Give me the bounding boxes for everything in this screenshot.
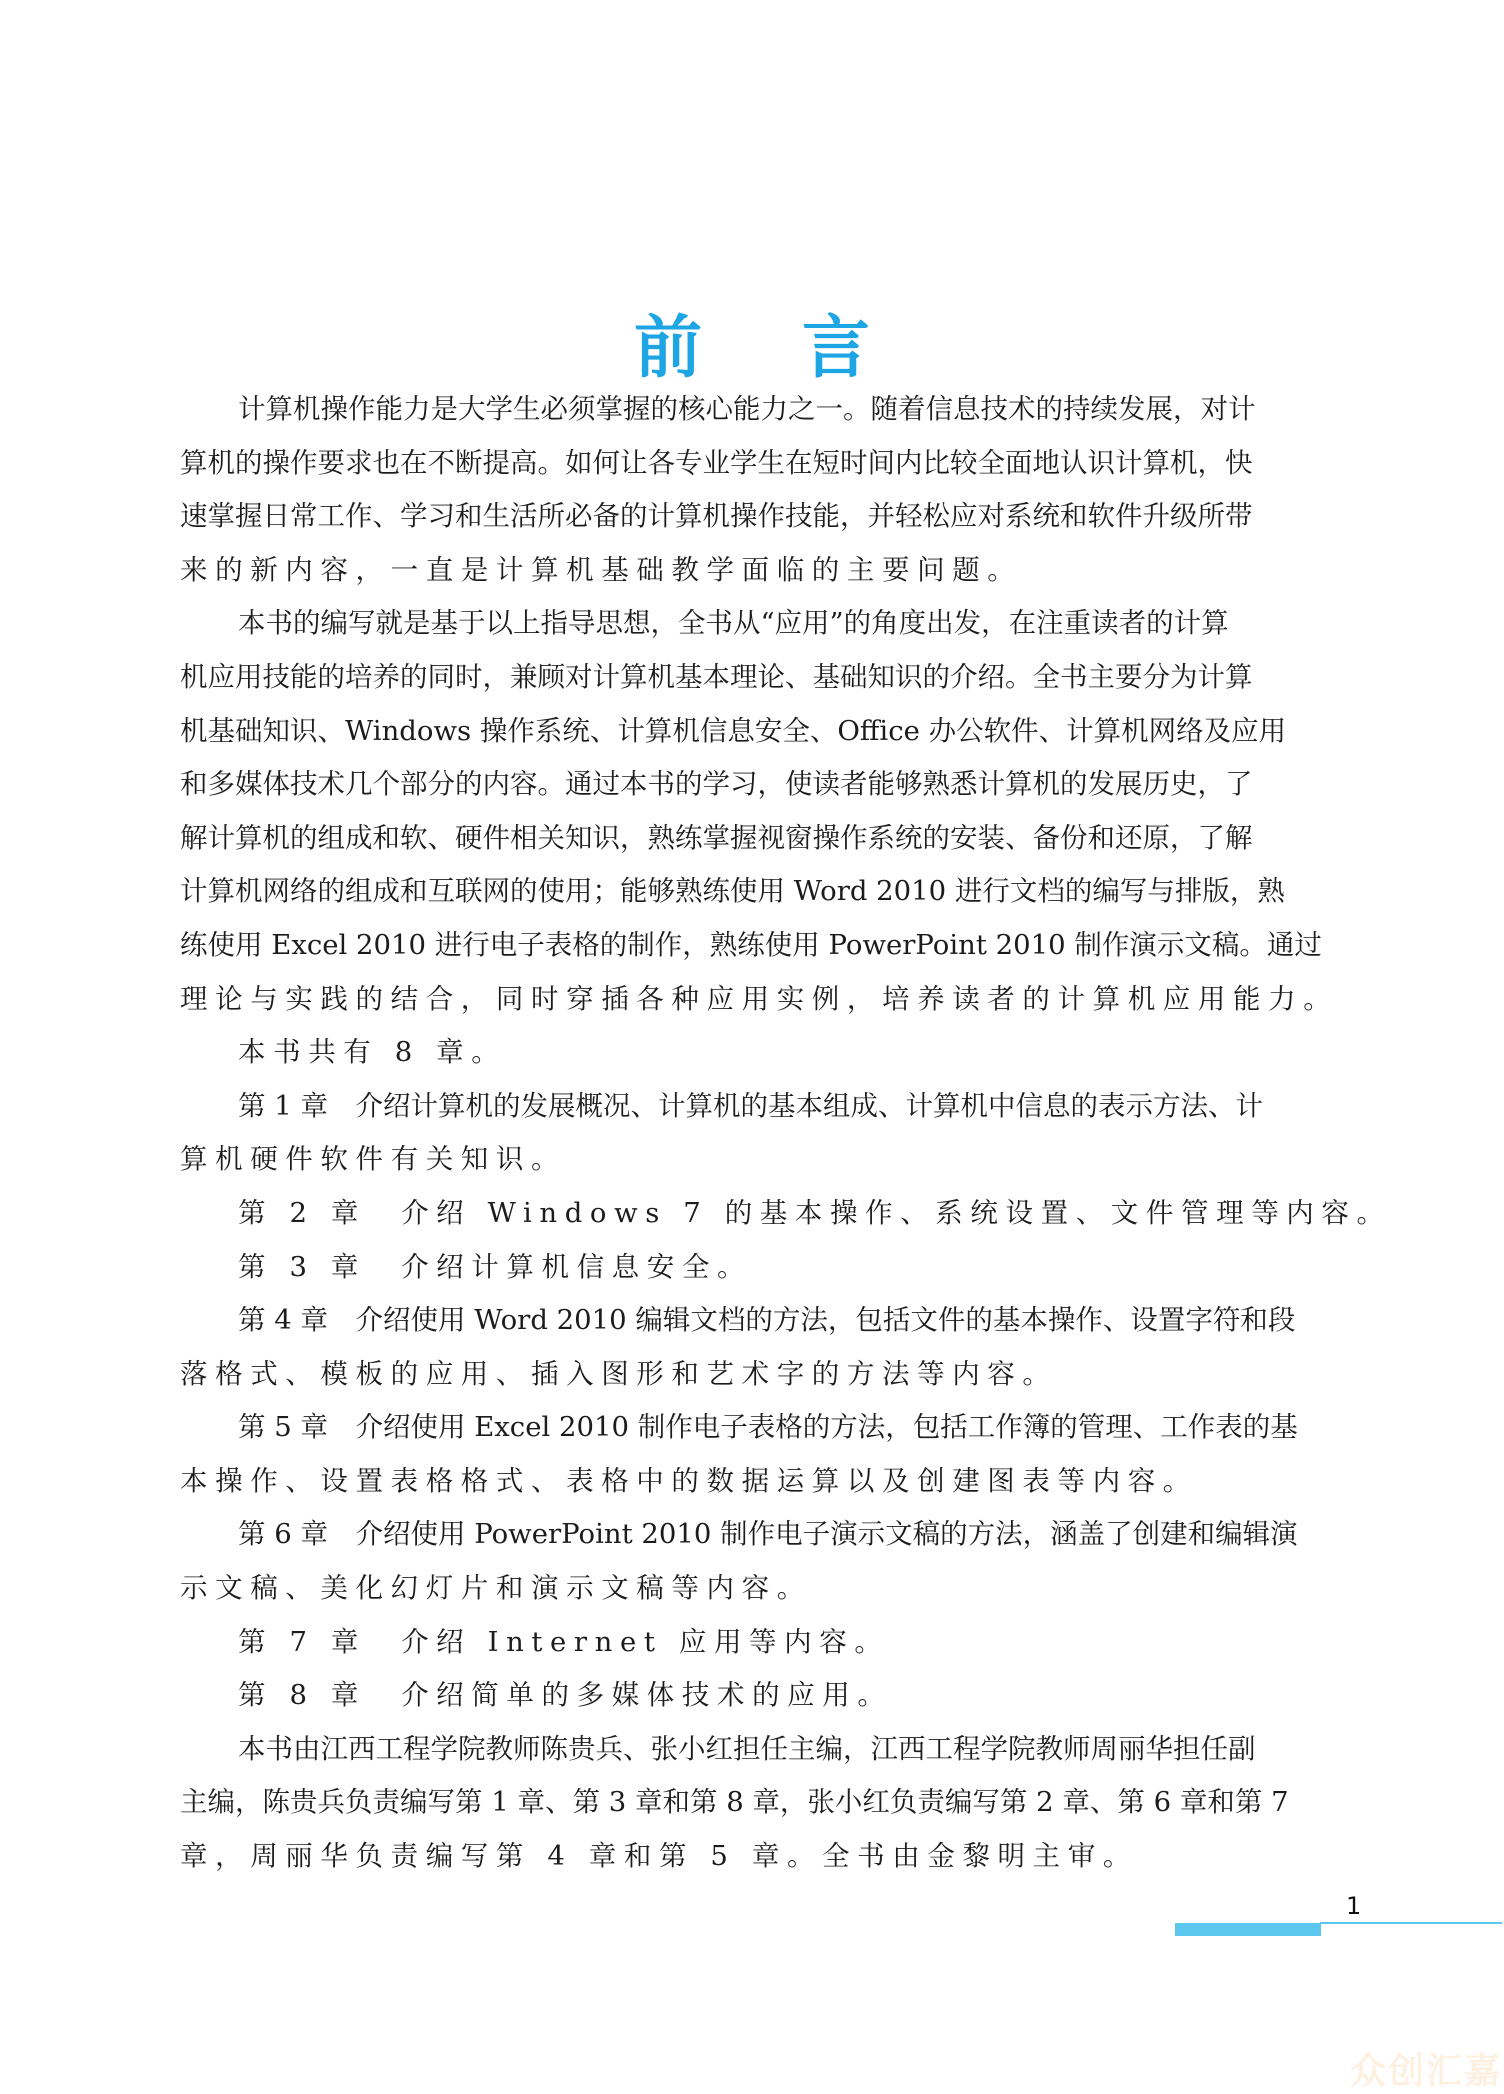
text-line: 第 5 章 介绍使用 Excel 2010 制作电子表格的方法，包括工作簿的管理… xyxy=(180,1401,1322,1455)
text-line: 第 8 章 介绍简单的多媒体技术的应用。 xyxy=(180,1669,1322,1723)
paragraph-chapter-8: 第 8 章 介绍简单的多媒体技术的应用。 xyxy=(180,1669,1322,1723)
text-line: 速掌握日常工作、学习和生活所必备的计算机操作技能，并轻松应对系统和软件升级所带 xyxy=(180,490,1322,544)
text-line: 本操作、设置表格格式、表格中的数据运算以及创建图表等内容。 xyxy=(180,1455,1322,1509)
text-line: 本书由江西工程学院教师陈贵兵、张小红担任主编，江西工程学院教师周丽华担任副 xyxy=(180,1723,1322,1777)
page-title: 前言 xyxy=(0,308,1504,388)
text-line: 第 7 章 介绍 Internet 应用等内容。 xyxy=(180,1616,1322,1670)
paragraph-chapter-7: 第 7 章 介绍 Internet 应用等内容。 xyxy=(180,1616,1322,1670)
text-line: 算机的操作要求也在不断提高。如何让各专业学生在短时间内比较全面地认识计算机，快 xyxy=(180,437,1322,491)
paragraph-book-overview: 本书的编写就是基于以上指导思想，全书从“应用”的角度出发，在注重读者的计算机应用… xyxy=(180,597,1322,1026)
text-line: 机基础知识、Windows 操作系统、计算机信息安全、Office 办公软件、计… xyxy=(180,705,1322,759)
preface-body: 计算机操作能力是大学生必须掌握的核心能力之一。随着信息技术的持续发展，对计算机的… xyxy=(180,383,1322,1884)
footer-accent-bar xyxy=(1175,1923,1321,1936)
paragraph-authors: 本书由江西工程学院教师陈贵兵、张小红担任主编，江西工程学院教师周丽华担任副主编，… xyxy=(180,1723,1322,1884)
text-line: 计算机网络的组成和互联网的使用；能够熟练使用 Word 2010 进行文档的编写… xyxy=(180,865,1322,919)
text-line: 本书的编写就是基于以上指导思想，全书从“应用”的角度出发，在注重读者的计算 xyxy=(180,597,1322,651)
text-line: 来的新内容，一直是计算机基础教学面临的主要问题。 xyxy=(180,544,1322,598)
text-line: 算机硬件软件有关知识。 xyxy=(180,1133,1322,1187)
text-line: 主编，陈贵兵负责编写第 1 章、第 3 章和第 8 章，张小红负责编写第 2 章… xyxy=(180,1776,1322,1830)
text-line: 第 3 章 介绍计算机信息安全。 xyxy=(180,1241,1322,1295)
title-char-1: 前 xyxy=(634,308,702,388)
footer-rule-line xyxy=(1320,1922,1502,1924)
paragraph-chapter-6: 第 6 章 介绍使用 PowerPoint 2010 制作电子演示文稿的方法，涵… xyxy=(180,1508,1322,1615)
text-line: 示文稿、美化幻灯片和演示文稿等内容。 xyxy=(180,1562,1322,1616)
text-line: 第 2 章 介绍 Windows 7 的基本操作、系统设置、文件管理等内容。 xyxy=(180,1187,1322,1241)
paragraph-chapter-2: 第 2 章 介绍 Windows 7 的基本操作、系统设置、文件管理等内容。 xyxy=(180,1187,1322,1241)
paragraph-chapter-count: 本书共有 8 章。 xyxy=(180,1026,1322,1080)
text-line: 机应用技能的培养的同时，兼顾对计算机基本理论、基础知识的介绍。全书主要分为计算 xyxy=(180,651,1322,705)
text-line: 第 4 章 介绍使用 Word 2010 编辑文档的方法，包括文件的基本操作、设… xyxy=(180,1294,1322,1348)
text-line: 和多媒体技术几个部分的内容。通过本书的学习，使读者能够熟悉计算机的发展历史，了 xyxy=(180,758,1322,812)
text-line: 练使用 Excel 2010 进行电子表格的制作，熟练使用 PowerPoint… xyxy=(180,919,1322,973)
title-char-2: 言 xyxy=(802,308,870,388)
text-line: 落格式、模板的应用、插入图形和艺术字的方法等内容。 xyxy=(180,1348,1322,1402)
text-line: 本书共有 8 章。 xyxy=(180,1026,1322,1080)
paragraph-chapter-4: 第 4 章 介绍使用 Word 2010 编辑文档的方法，包括文件的基本操作、设… xyxy=(180,1294,1322,1401)
document-page: 前言 计算机操作能力是大学生必须掌握的核心能力之一。随着信息技术的持续发展，对计… xyxy=(0,0,1504,2094)
paragraph-intro: 计算机操作能力是大学生必须掌握的核心能力之一。随着信息技术的持续发展，对计算机的… xyxy=(180,383,1322,597)
text-line: 章，周丽华负责编写第 4 章和第 5 章。全书由金黎明主审。 xyxy=(180,1830,1322,1884)
text-line: 第 6 章 介绍使用 PowerPoint 2010 制作电子演示文稿的方法，涵… xyxy=(180,1508,1322,1562)
paragraph-chapter-1: 第 1 章 介绍计算机的发展概况、计算机的基本组成、计算机中信息的表示方法、计算… xyxy=(180,1080,1322,1187)
page-number: 1 xyxy=(1346,1892,1361,1920)
paragraph-chapter-5: 第 5 章 介绍使用 Excel 2010 制作电子表格的方法，包括工作簿的管理… xyxy=(180,1401,1322,1508)
paragraph-chapter-3: 第 3 章 介绍计算机信息安全。 xyxy=(180,1241,1322,1295)
text-line: 理论与实践的结合，同时穿插各种应用实例，培养读者的计算机应用能力。 xyxy=(180,973,1322,1027)
text-line: 第 1 章 介绍计算机的发展概况、计算机的基本组成、计算机中信息的表示方法、计 xyxy=(180,1080,1322,1134)
watermark: 众创汇嘉 xyxy=(1350,2050,1502,2094)
text-line: 解计算机的组成和软、硬件相关知识，熟练掌握视窗操作系统的安装、备份和还原，了解 xyxy=(180,812,1322,866)
text-line: 计算机操作能力是大学生必须掌握的核心能力之一。随着信息技术的持续发展，对计 xyxy=(180,383,1322,437)
